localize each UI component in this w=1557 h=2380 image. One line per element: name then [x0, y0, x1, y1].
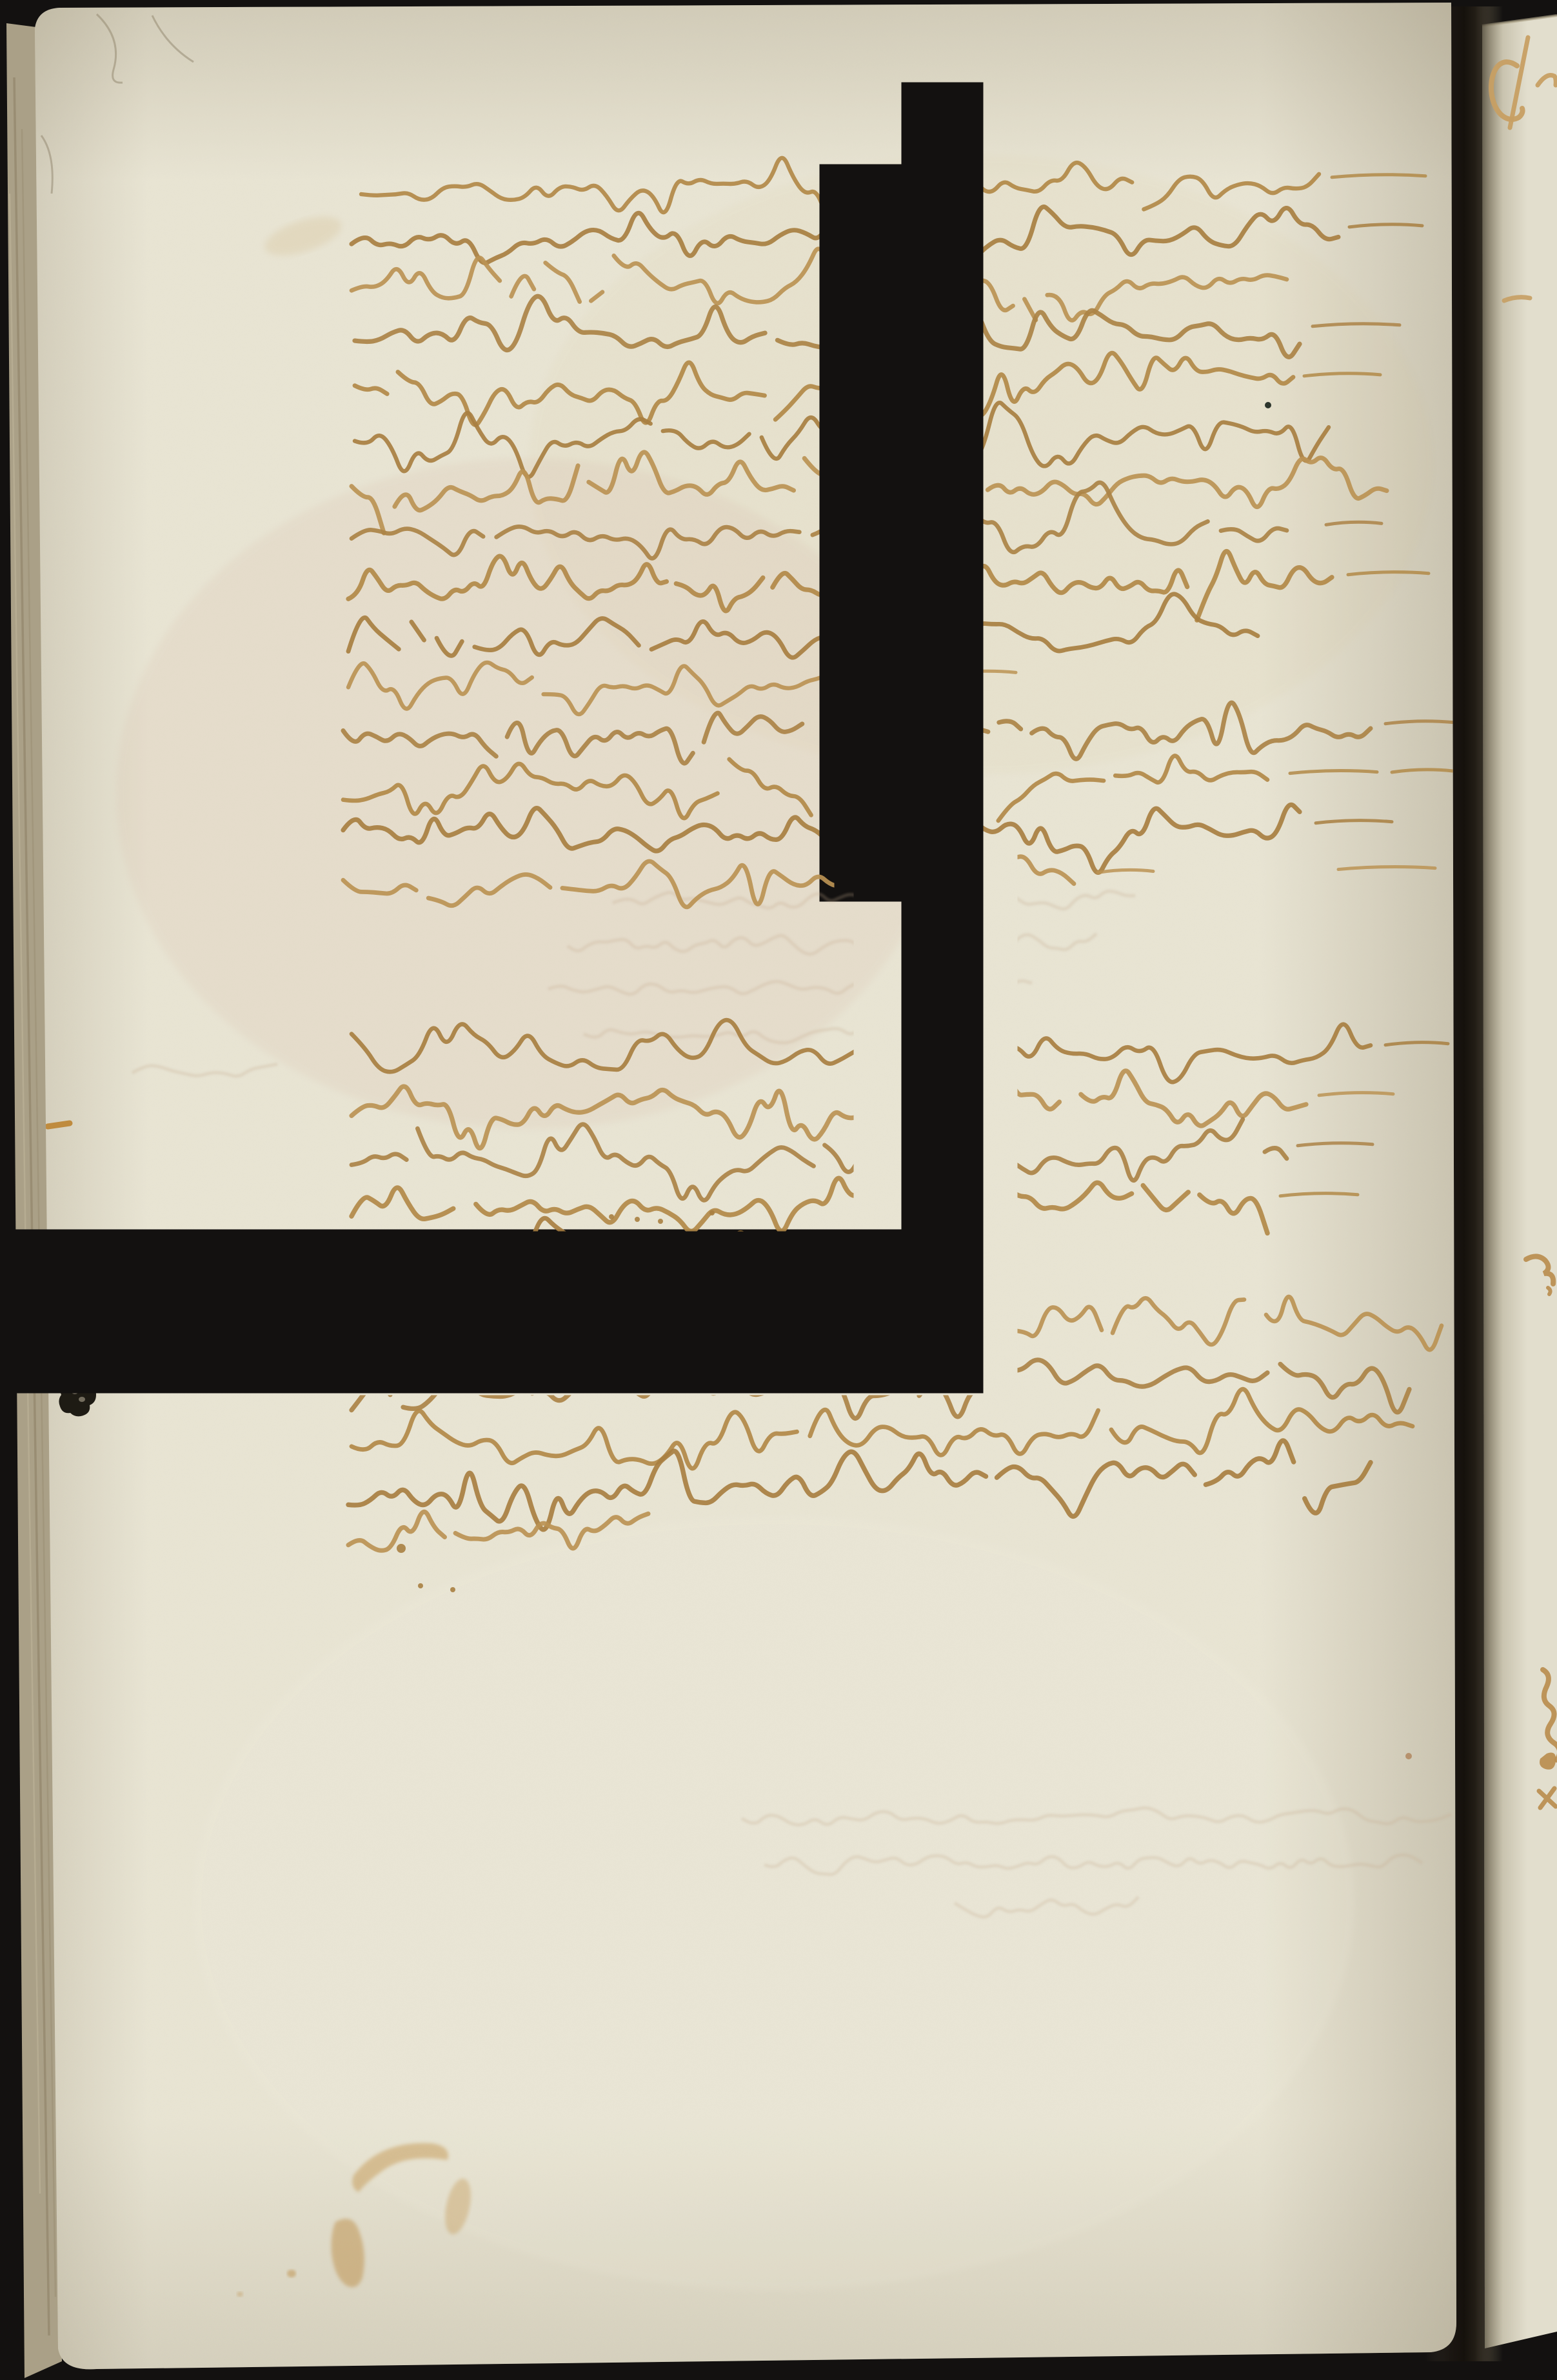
small-ink-dot [51, 1321, 57, 1327]
margin-ink-dash [48, 1123, 70, 1126]
page-scan-svg [0, 0, 1557, 2380]
dark-fleck [1265, 402, 1271, 408]
manuscript-scan [0, 0, 1557, 2380]
rust-speck [1405, 1753, 1412, 1759]
